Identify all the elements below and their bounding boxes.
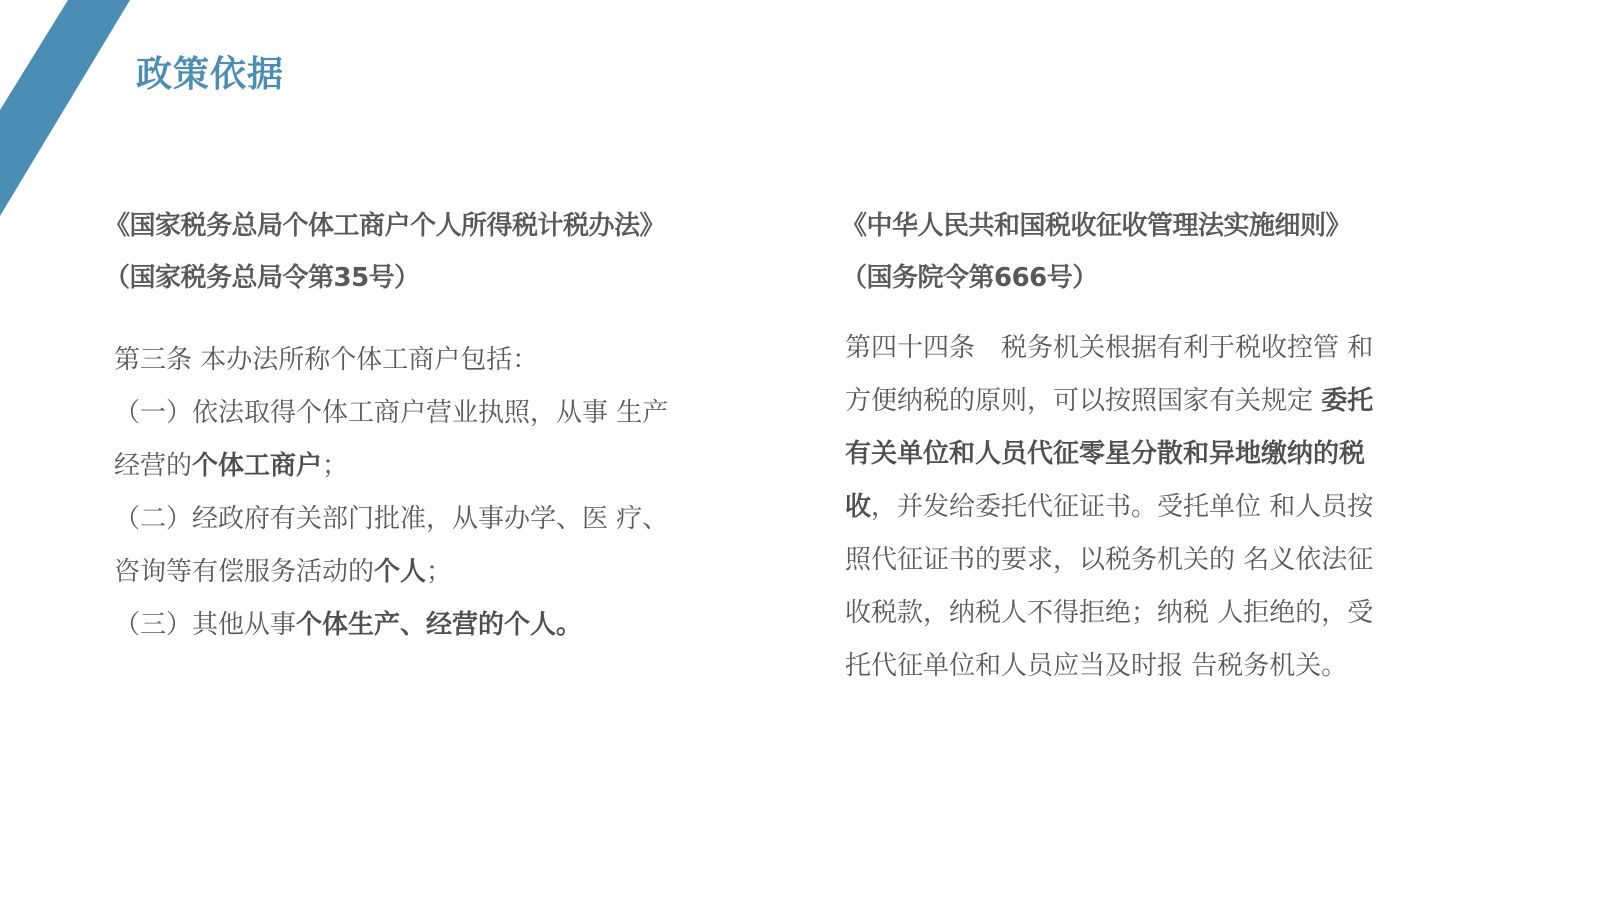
text-run: （一）依法取得个体工商户营业执照，从事 生产 [114,398,668,428]
right-law-body: 第四十四条 税务机关根据有利于税收控管 和方便纳税的原则，可以按照国家有关规定 … [845,322,1475,693]
left-law-body: 第三条 本办法所称个体工商户包括：（一）依法取得个体工商户营业执照，从事 生产经… [114,334,764,652]
left-law-source: （国家税务总局令第35号） [104,252,764,304]
body-line: 托代征单位和人员应当及时报 告税务机关。 [845,640,1475,693]
text-run: ； [426,557,452,587]
text-run: （二）经政府有关部门批准，从事办学、医 疗、 [114,504,668,534]
text-run: 托代征单位和人员应当及时报 告税务机关。 [845,651,1347,681]
body-line: （三）其他从事个体生产、经营的个人。 [114,599,764,652]
body-line: 方便纳税的原则，可以按照国家有关规定 委托 [845,375,1475,428]
text-run: 方便纳税的原则，可以按照国家有关规定 [845,386,1321,416]
body-line: （一）依法取得个体工商户营业执照，从事 生产 [114,387,764,440]
bold-text-run: 委托 [1321,386,1373,416]
left-law-section: 《国家税务总局个体工商户个人所得税计税办法》 （国家税务总局令第35号） 第三条… [104,200,764,652]
body-line: 第三条 本办法所称个体工商户包括： [114,334,764,387]
text-run: （三）其他从事 [114,610,296,640]
bold-text-run: 收 [845,492,871,522]
text-run: 收税款，纳税人不得拒绝；纳税 人拒绝的，受 [845,598,1373,628]
text-run: 第四十四条 税务机关根据有利于税收控管 和 [845,333,1373,363]
body-line: 第四十四条 税务机关根据有利于税收控管 和 [845,322,1475,375]
body-line: 照代征证书的要求，以税务机关的 名义依法征 [845,534,1475,587]
text-run: ； [322,451,348,481]
text-run: 经营的 [114,451,192,481]
bold-text-run: 个人 [374,557,426,587]
slide-title: 政策依据 [136,50,284,100]
left-law-title: 《国家税务总局个体工商户个人所得税计税办法》 [104,200,764,252]
bold-text-run: 有关单位和人员代征零星分散和异地缴纳的税 [845,439,1365,469]
right-law-title: 《中华人民共和国税收征收管理法实施细则》 [841,200,1475,252]
right-law-source: （国务院令第666号） [841,252,1475,304]
decorative-diagonal-stripe [0,0,140,220]
body-line: 咨询等有偿服务活动的个人； [114,546,764,599]
body-line: （二）经政府有关部门批准，从事办学、医 疗、 [114,493,764,546]
bold-text-run: 个体工商户 [192,451,322,481]
text-run: 第三条 本办法所称个体工商户包括： [114,345,538,375]
body-line: 经营的个体工商户； [114,440,764,493]
body-line: 收税款，纳税人不得拒绝；纳税 人拒绝的，受 [845,587,1475,640]
text-run: 咨询等有偿服务活动的 [114,557,374,587]
bold-text-run: 个体生产、经营的个人。 [296,610,582,640]
right-law-section: 《中华人民共和国税收征收管理法实施细则》 （国务院令第666号） 第四十四条 税… [845,200,1475,693]
body-line: 有关单位和人员代征零星分散和异地缴纳的税 [845,428,1475,481]
text-run: ，并发给委托代征证书。受托单位 和人员按 [871,492,1373,522]
body-line: 收，并发给委托代征证书。受托单位 和人员按 [845,481,1475,534]
text-run: 照代征证书的要求，以税务机关的 名义依法征 [845,545,1373,575]
